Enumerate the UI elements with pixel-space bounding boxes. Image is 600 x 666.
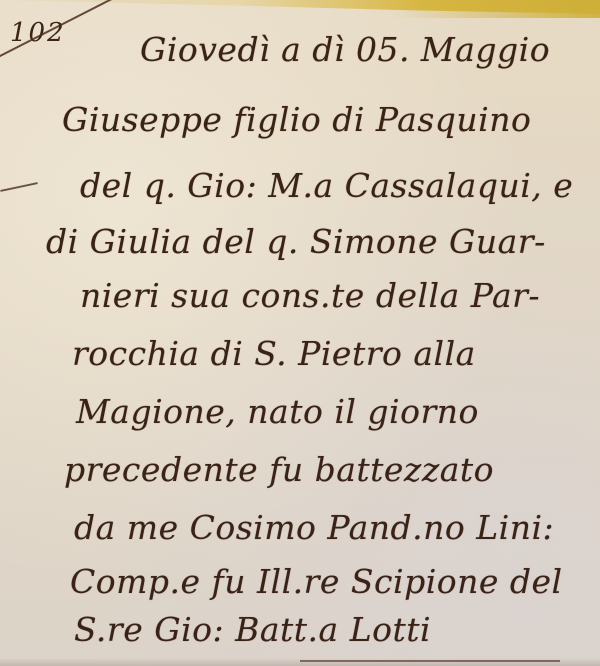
record-line-mother-cont: nieri sua cons.te della Par- <box>80 276 540 315</box>
record-line-date: Giovedì a dì 05. Maggio <box>140 30 550 69</box>
record-line-father: del q. Gio: M.a Cassalaqui, e <box>80 166 573 205</box>
record-line-priest: da me Cosimo Pand.no Lini: <box>74 508 554 547</box>
record-line-godparent-cont: S.re Gio: Batt.a Lotti <box>74 610 431 649</box>
gold-corner-shade <box>390 0 600 18</box>
record-line-mother: di Giulia del q. Simone Guar- <box>46 222 546 261</box>
record-line-godparent: Comp.e fu Ill.re Scipione del <box>70 562 563 601</box>
record-line-baptism: precedente fu battezzato <box>64 450 494 489</box>
record-line-child: Giuseppe figlio di Pasquino <box>62 100 531 139</box>
margin-dash <box>0 182 38 192</box>
record-line-parish: rocchia di S. Pietro alla <box>72 334 476 373</box>
manuscript-page: 102 Giovedì a dì 05. Maggio Giuseppe fig… <box>0 0 600 666</box>
page-bottom-shadow <box>0 658 600 666</box>
folio-number: 102 <box>10 18 66 48</box>
record-line-birth: Magione, nato il giorno <box>76 392 479 431</box>
